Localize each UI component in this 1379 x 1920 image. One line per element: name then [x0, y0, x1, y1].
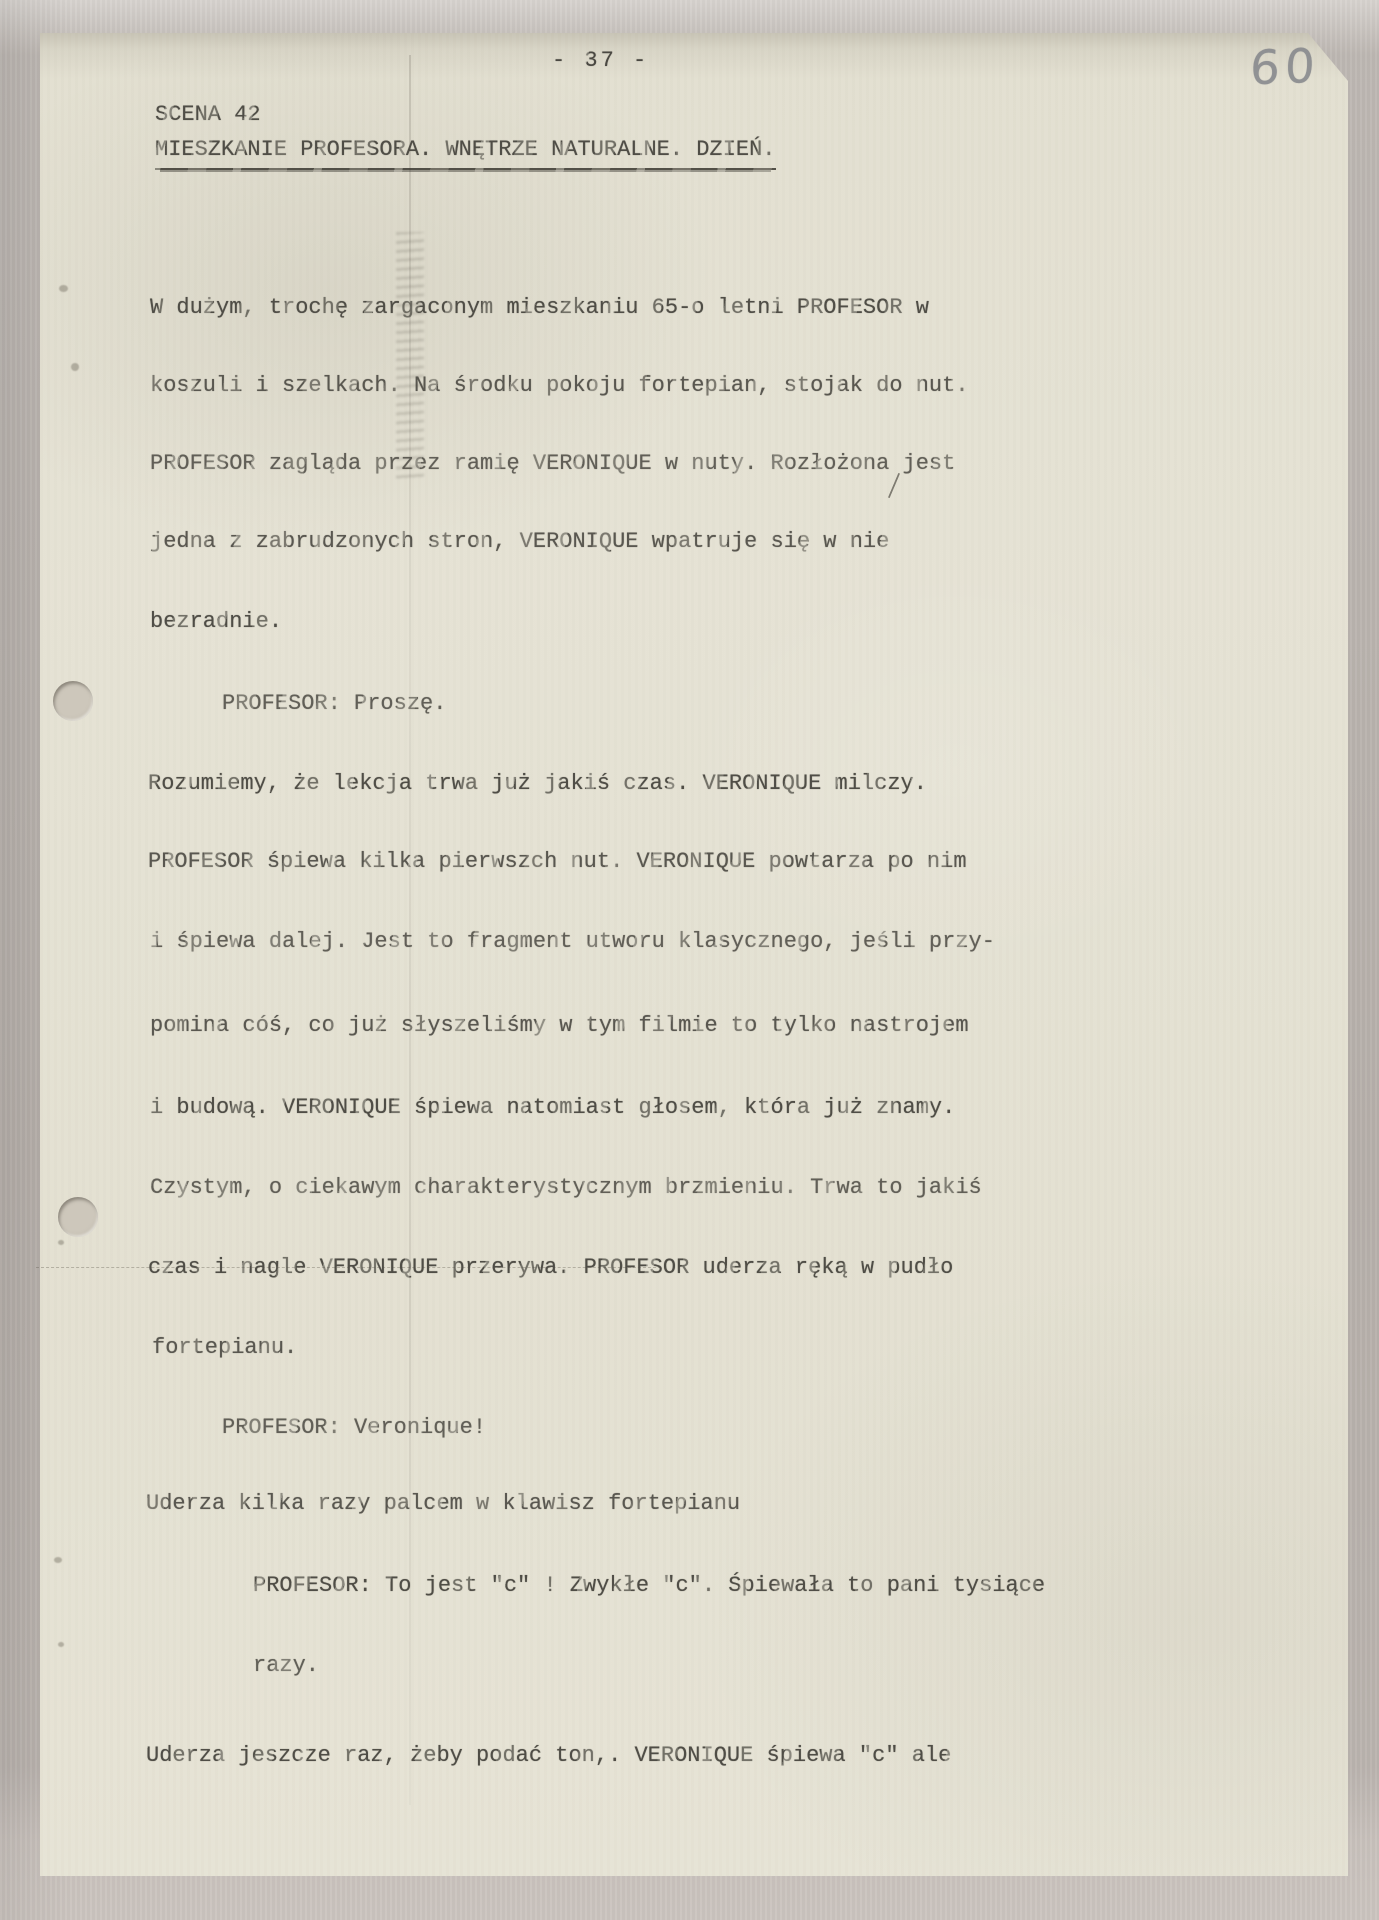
script-line: PROFESOR zagląda przez ramię VERONIQUE w… — [150, 451, 955, 477]
script-line: Uderza jeszcze raz, żeby podać ton,. VER… — [146, 1743, 951, 1769]
scanned-document: - 37 - SCENA 42 MIESZKANIE PROFESORA. WN… — [0, 0, 1379, 1920]
scene-heading: SCENA 42 — [155, 102, 261, 128]
script-line: fortepianu. — [152, 1335, 297, 1361]
script-line: W dużym, trochę zargaconym mieszkaniu 65… — [150, 295, 929, 321]
script-line: PROFESOR: Veronique! — [222, 1415, 486, 1441]
script-line: Uderza kilka razy palcem w klawisz forte… — [146, 1491, 740, 1517]
scene-slugline: MIESZKANIE PROFESORA. WNĘTRZE NATURALNE.… — [155, 137, 776, 170]
script-line: pomina cóś, co już słyszeliśmy w tym fil… — [150, 1013, 969, 1039]
script-line: koszuli i szelkach. Na środku pokoju for… — [150, 373, 969, 399]
script-line: Rozumiemy, że lekcja trwa już jakiś czas… — [148, 771, 927, 797]
script-line: PROFESOR: Proszę. — [222, 691, 446, 717]
script-line: i śpiewa dalej. Jest to fragment utworu … — [150, 929, 995, 955]
script-line: PROFESOR śpiewa kilka pierwszch nut. VER… — [148, 849, 967, 875]
script-line: razy. — [253, 1653, 319, 1679]
script-line: PROFESOR: To jest "c" ! Zwykłe "c". Śpie… — [253, 1573, 1045, 1599]
script-line: jedna z zabrudzonych stron, VERONIQUE wp… — [150, 529, 889, 555]
script-line: bezradnie. — [150, 609, 282, 635]
script-line: Czystym, o ciekawym charakterystycznym b… — [150, 1175, 982, 1201]
script-line: czas i nagle VERONIQUE przerywa. PROFESO… — [148, 1255, 953, 1281]
handwritten-page-number: 60 — [1249, 39, 1321, 97]
script-line: i budową. VERONIQUE śpiewa natomiast gło… — [150, 1095, 955, 1121]
page-number: - 37 - — [552, 48, 649, 74]
typewritten-text-layer: - 37 - SCENA 42 MIESZKANIE PROFESORA. WN… — [0, 0, 1379, 1920]
